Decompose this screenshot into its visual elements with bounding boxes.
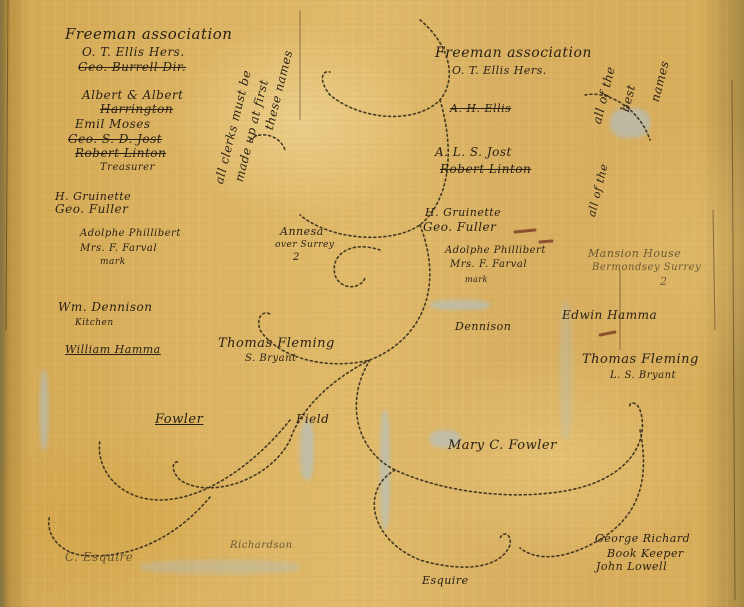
name-text: Dennison [455, 320, 511, 333]
name-text: Annesa [280, 225, 324, 238]
name-text: S. Bryant [245, 353, 297, 364]
left-line: Geo. S. D. Jost [68, 132, 162, 146]
name-text: 2 [660, 275, 668, 288]
name-text: Wm. Dennison [58, 300, 152, 314]
name-text: mark [465, 275, 488, 284]
name-text: Mrs. F. Farval [450, 259, 527, 270]
right-line: A. H. Ellis [450, 102, 511, 115]
name-text: Mansion House [588, 247, 681, 260]
name-text: Fowler [155, 412, 203, 427]
name-text: Mrs. F. Farval [80, 243, 157, 254]
left-line: Geo. Burrell Dir. [78, 60, 186, 74]
name-text: over Surrey [275, 240, 334, 250]
right-line: O. T. Ellis Hers. [452, 64, 547, 77]
right-heading: Freeman association [435, 45, 592, 61]
name-text: Geo. Fuller [423, 220, 496, 234]
left-line: O. T. Ellis Hers. [82, 45, 185, 59]
name-text: Kitchen [75, 318, 114, 328]
left-heading: Freeman association [65, 25, 232, 43]
name-text: William Hamma [65, 343, 161, 356]
painting-canvas: Freeman association O. T. Ellis Hers. Ge… [0, 0, 744, 607]
name-text: Bermondsey Surrey [592, 262, 701, 273]
name-text: C. Esquire [65, 550, 133, 564]
name-text: mark [100, 257, 126, 267]
name-text: 2 [293, 252, 300, 263]
right-line: Robert Linton [440, 162, 531, 176]
name-text: Adolphe Phillibert [445, 245, 546, 256]
right-line: A. L. S. Jost [435, 145, 512, 159]
name-text: George Richard [595, 532, 690, 545]
name-text: Esquire [422, 574, 469, 587]
name-text: L. S. Bryant [610, 370, 676, 381]
name-text: Adolphe Phillibert [80, 228, 181, 239]
name-text: Mary C. Fowler [448, 438, 557, 453]
name-text: H. Gruinette [425, 206, 501, 219]
name-text: Thomas Fleming [582, 352, 699, 367]
left-line: Albert & Albert [82, 88, 184, 102]
name-text: John Lowell [596, 560, 667, 573]
name-text: Edwin Hamma [562, 308, 657, 322]
name-text: Field [296, 412, 329, 426]
left-line: Harrington [100, 102, 173, 116]
name-text: Richardson [230, 540, 293, 551]
left-line: Robert Linton [75, 146, 166, 160]
left-line: Emil Moses [75, 117, 151, 131]
name-text: Geo. Fuller [55, 202, 128, 216]
name-text: Book Keeper [607, 547, 684, 560]
left-line: Treasurer [100, 162, 155, 173]
name-text: Thomas Fleming [218, 336, 335, 351]
